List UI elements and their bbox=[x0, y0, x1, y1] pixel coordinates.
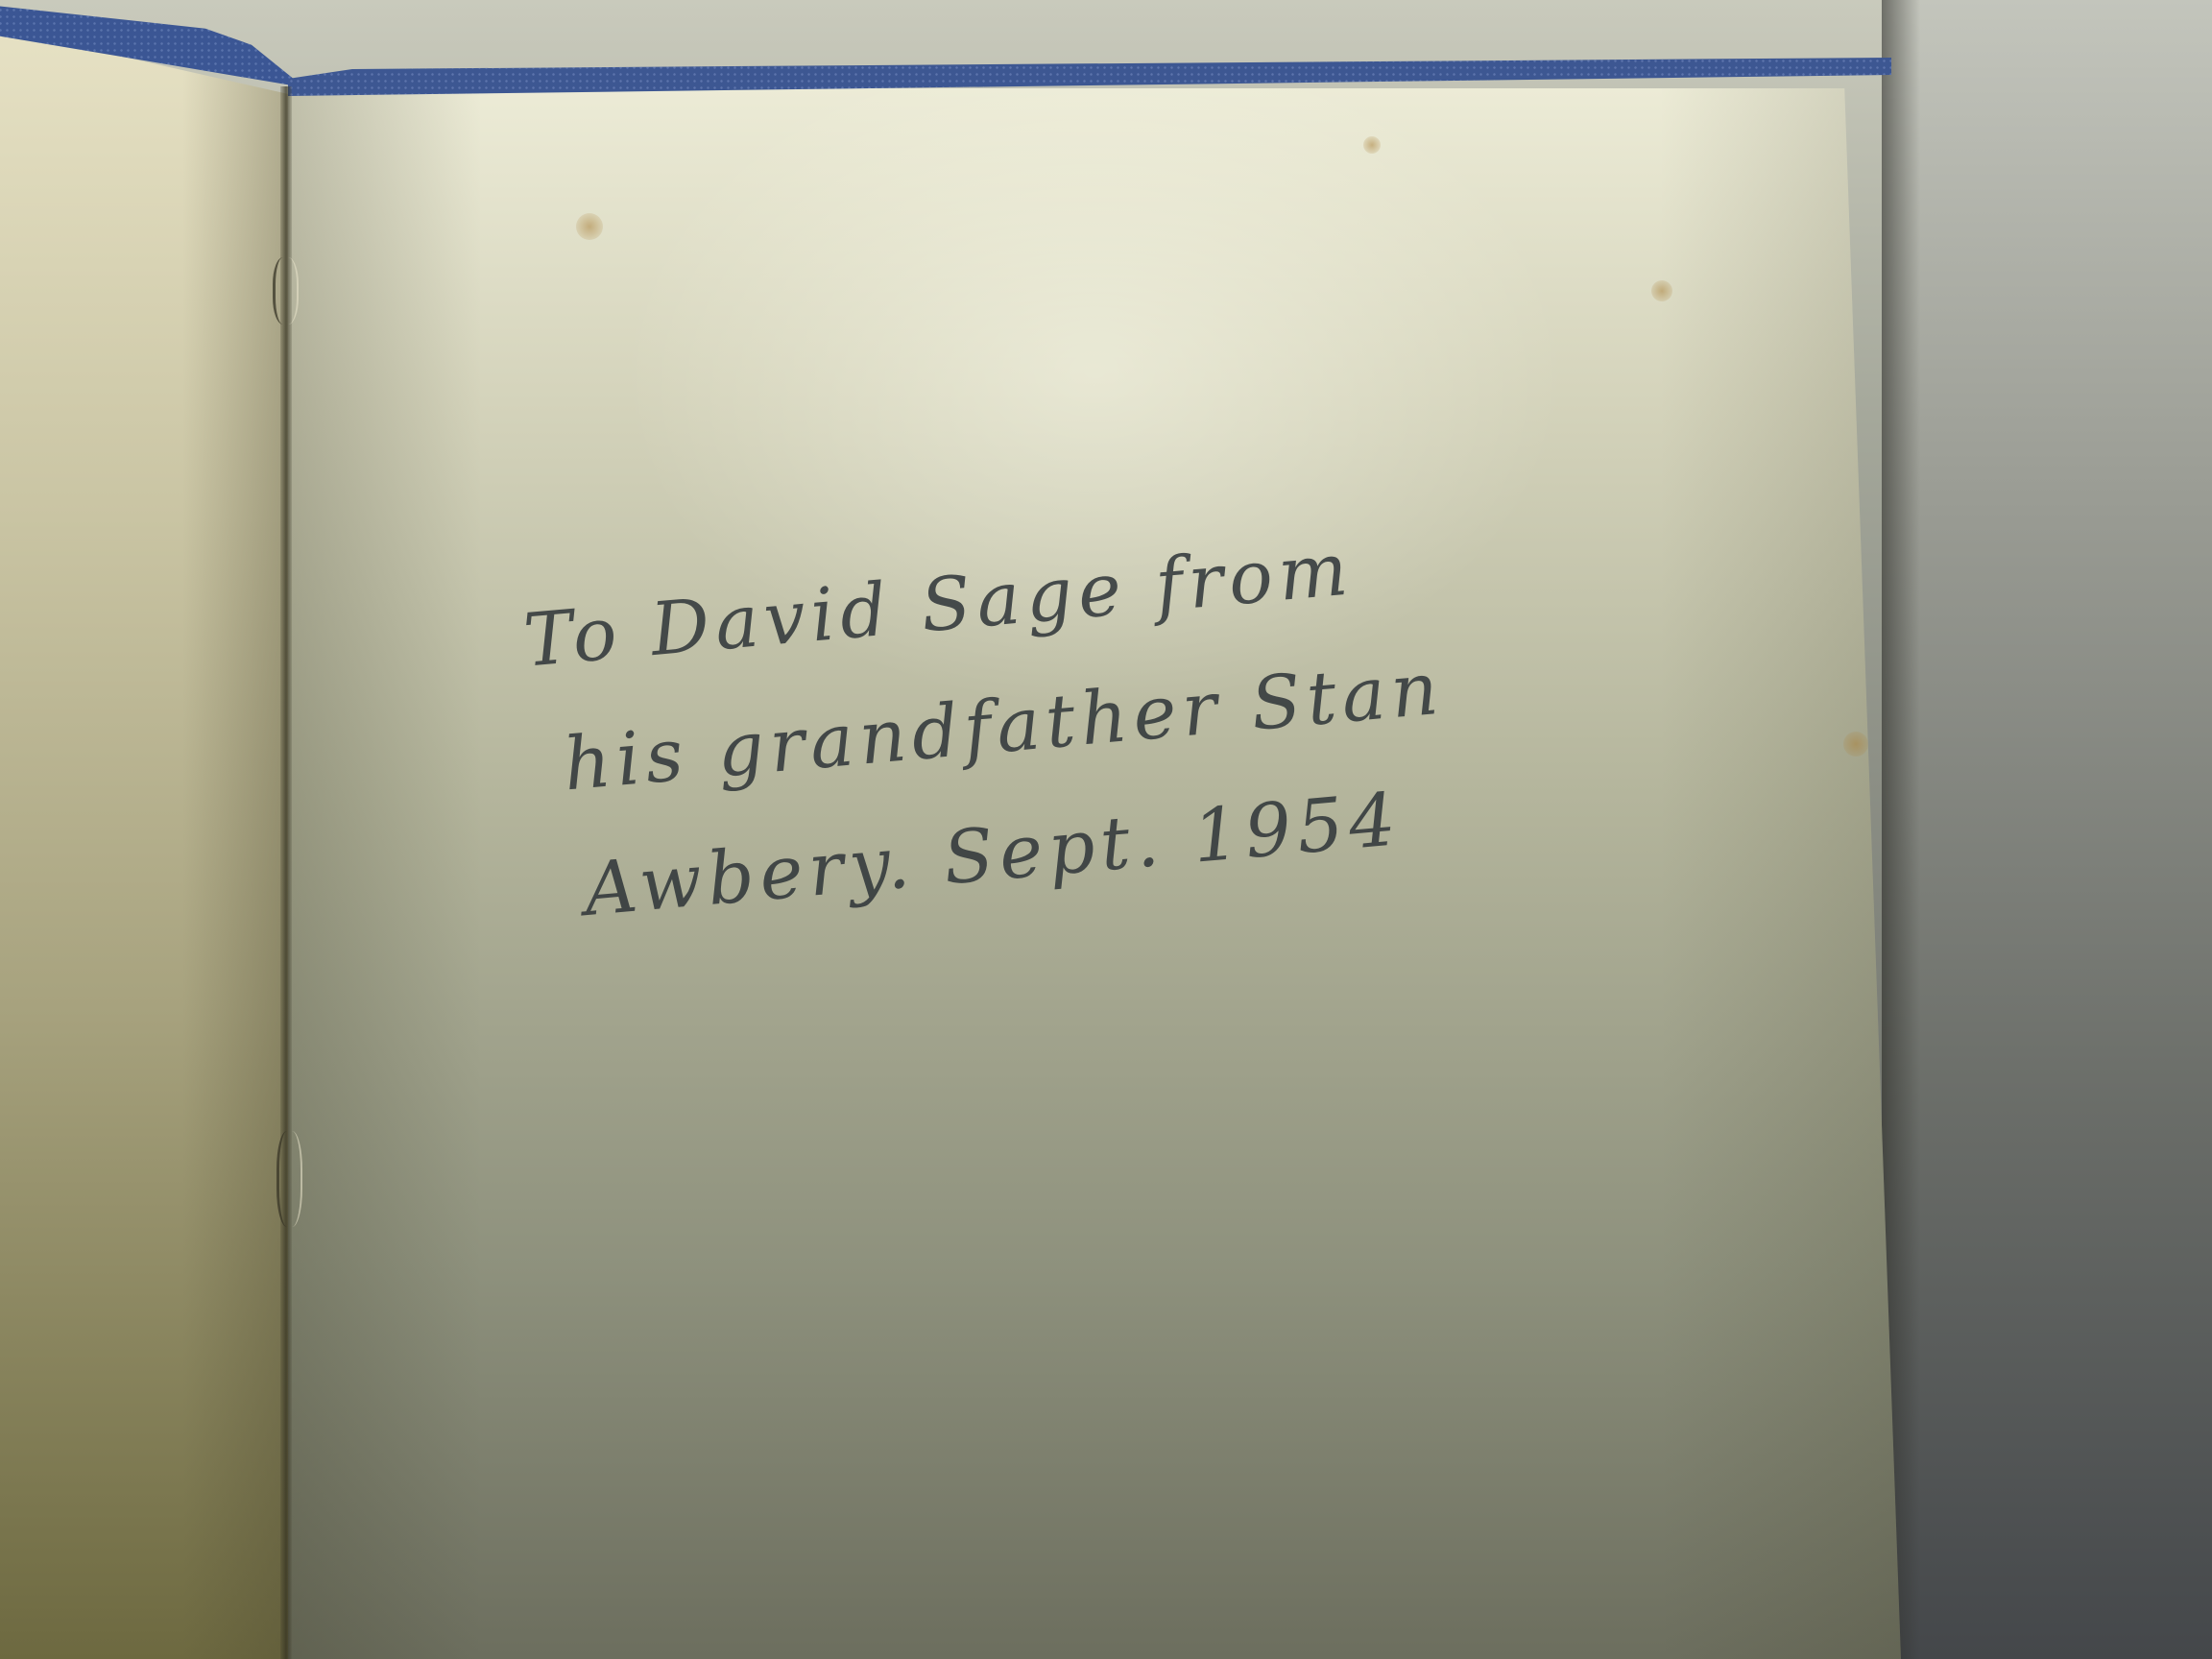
gutter-crease-bottom bbox=[276, 1131, 302, 1227]
background-surface-right bbox=[1882, 0, 2212, 1659]
foxing-spot bbox=[1651, 280, 1672, 301]
inside-cover-page bbox=[0, 29, 288, 1659]
foxing-spot bbox=[1843, 732, 1868, 757]
foxing-spot bbox=[1363, 136, 1381, 154]
gutter-crease-top bbox=[273, 257, 299, 325]
foxing-spot bbox=[576, 213, 603, 240]
